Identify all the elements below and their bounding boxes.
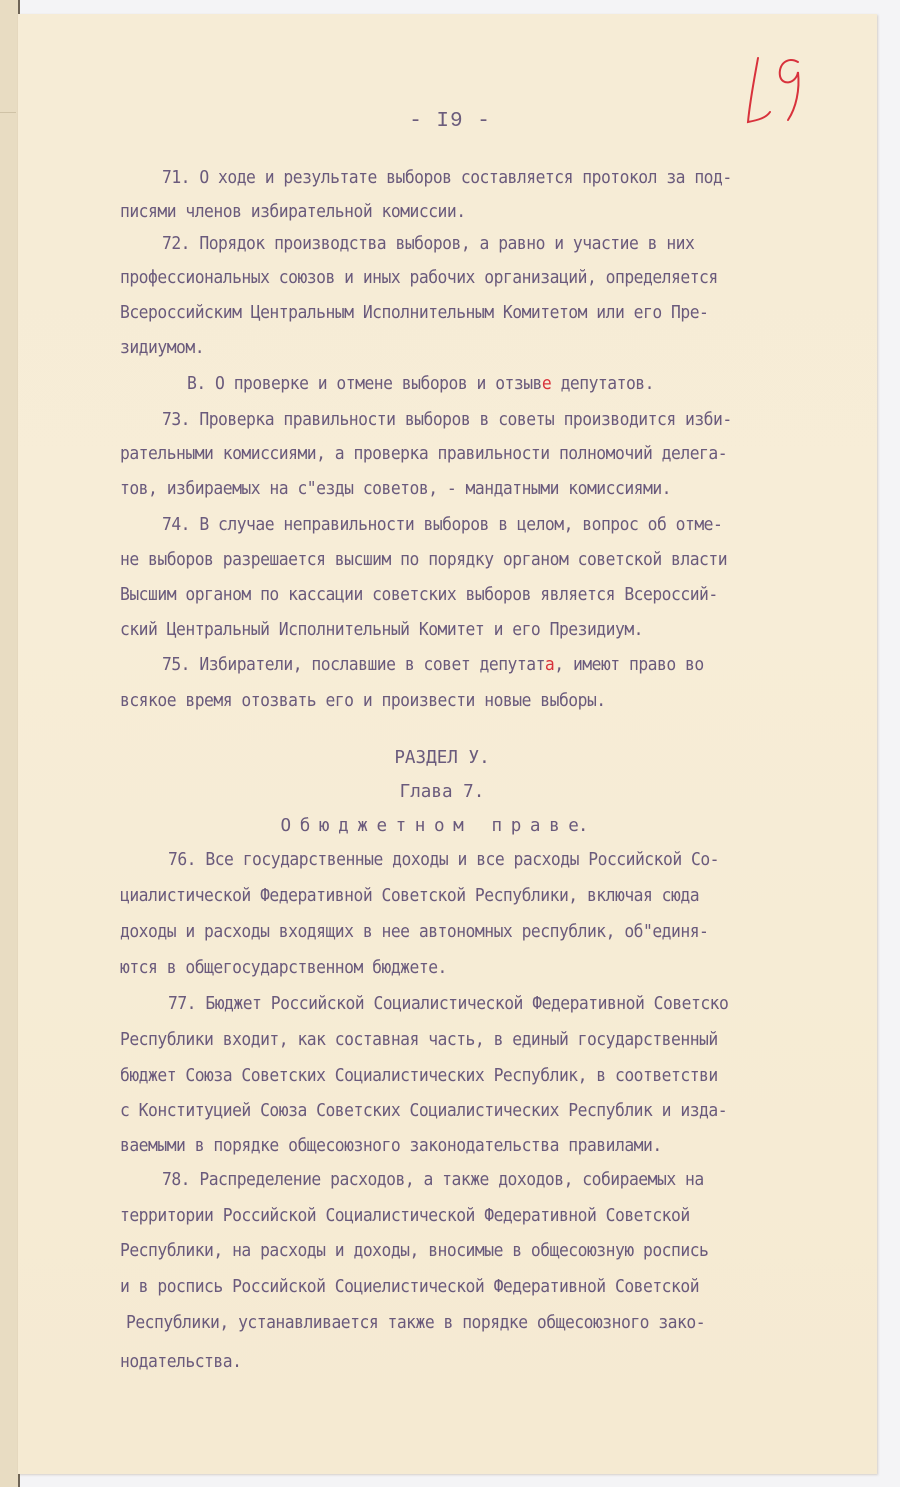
article-78-line-5: Республики, устанавливается также в поря… bbox=[126, 1313, 705, 1333]
article-78-line-6: нодательства. bbox=[120, 1352, 241, 1372]
article-72-line-1: 72. Порядок производства выборов, а равн… bbox=[162, 234, 694, 254]
article-74-line-2: не выборов разрешается высшим по порядку… bbox=[120, 550, 727, 570]
subsection-b-heading: В. О проверке и отмене выборов и отзыве … bbox=[187, 374, 654, 394]
article-78-line-4: и в роспись Российской Социелистической … bbox=[120, 1277, 699, 1297]
article-74-line-4: ский Центральный Исполнительный Комитет … bbox=[120, 620, 643, 640]
chapter-heading: Глава 7. bbox=[0, 782, 892, 802]
article-75-text: 75. Избиратели, пославшие в совет депута… bbox=[162, 655, 545, 675]
article-75-text-end: , имеют право во bbox=[554, 655, 703, 675]
article-77-line-5: ваемыми в порядке общесоюзного законодат… bbox=[120, 1136, 662, 1156]
binding-edge bbox=[0, 0, 20, 1487]
article-71-line-1: 71. О ходе и результате выборов составля… bbox=[162, 168, 732, 188]
chapter-title: О б ю д ж е т н о м п р а в е. bbox=[0, 816, 884, 836]
article-73-line-3: тов, избираемых на с"езды советов, - ман… bbox=[120, 479, 671, 499]
article-76-line-4: ются в общегосударственном бюджете. bbox=[120, 958, 447, 978]
subsection-b-text: В. О проверке и отмене выборов и отзыв bbox=[187, 374, 542, 394]
article-72-line-2: профессиональных союзов и иных рабочих о… bbox=[120, 268, 718, 288]
article-74-line-3: Высшим органом по кассации советских выб… bbox=[120, 585, 718, 605]
red-correction: а bbox=[545, 655, 554, 675]
red-correction: е bbox=[542, 374, 551, 394]
article-75-line-2: всякое время отозвать его и произвести н… bbox=[120, 691, 606, 711]
article-75-line-1: 75. Избиратели, пославшие в совет депута… bbox=[162, 655, 704, 675]
article-76-line-2: циалистической Федеративной Советской Ре… bbox=[120, 886, 699, 906]
section-heading: РАЗДЕЛ У. bbox=[0, 748, 892, 768]
article-71-line-2: писями членов избирательной комиссии. bbox=[120, 202, 466, 222]
article-73-line-1: 73. Проверка правильности выборов в сове… bbox=[162, 410, 732, 430]
article-78-line-1: 78. Распределение расходов, а также дохо… bbox=[162, 1170, 704, 1190]
subsection-b-text-end: депутатов. bbox=[551, 374, 654, 394]
article-77-line-1: 77. Бюджет Российской Социалистической Ф… bbox=[168, 994, 728, 1014]
article-78-line-3: Республики, на расходы и доходы, вносимы… bbox=[120, 1241, 708, 1261]
article-77-line-2: Республики входит, как составная часть, … bbox=[120, 1030, 718, 1050]
article-72-line-3: Всероссийским Центральным Исполнительным… bbox=[120, 303, 708, 323]
article-77-line-4: с Конституцией Союза Советских Социалист… bbox=[120, 1101, 727, 1121]
article-76-line-1: 76. Все государственные доходы и все рас… bbox=[168, 850, 719, 870]
article-74-line-1: 74. В случае неправильности выборов в це… bbox=[162, 515, 722, 535]
page-number: - I9 - bbox=[0, 110, 900, 133]
article-73-line-2: рательными комиссиями, а проверка правил… bbox=[120, 444, 727, 464]
article-76-line-3: доходы и расходы входящих в нее автономн… bbox=[120, 922, 708, 942]
article-72-line-4: зидиумом. bbox=[120, 338, 204, 358]
article-77-line-3: бюджет Союза Советских Социалистических … bbox=[120, 1066, 718, 1086]
article-78-line-2: территории Российской Социалистической Ф… bbox=[120, 1206, 690, 1226]
